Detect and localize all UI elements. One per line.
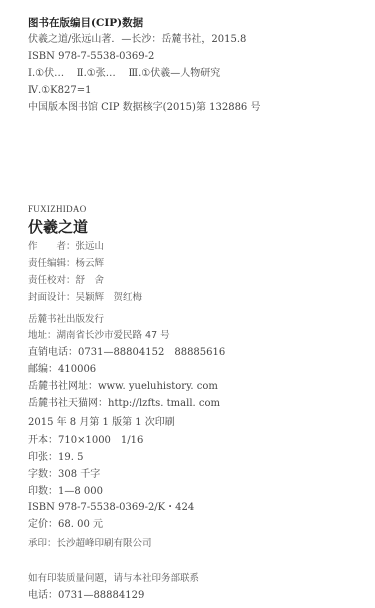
publisher-address: 地址：湖南省长沙市爱民路 47 号: [28, 330, 170, 342]
credit-label: 作 者: [28, 241, 66, 252]
publisher-name: 岳麓书社出版发行: [28, 314, 104, 326]
cip-subjects: Ⅰ.①伏… Ⅱ.①张… Ⅲ.①伏羲—人物研究: [28, 68, 220, 80]
credit-value: 杨云辉: [76, 258, 105, 269]
credit-proofreader: 责任校对：舒 舍: [28, 275, 104, 287]
credit-label: 封面设计: [28, 292, 66, 303]
credit-cover-design: 封面设计：吴颖辉 贺红梅: [28, 292, 142, 304]
printing-run: 印数：1—8 000: [28, 486, 103, 498]
cip-classification: Ⅳ.①K827=1: [28, 85, 91, 97]
publisher-postcode: 邮编：410006: [28, 364, 96, 376]
credit-label: 责任校对: [28, 275, 66, 286]
book-title: 伏羲之道: [28, 218, 88, 236]
printing-sheets: 印张：19. 5: [28, 452, 83, 464]
printing-edition: 2015 年 8 月第 1 版第 1 次印刷: [28, 417, 175, 429]
publisher-phone: 直销电话：0731—88804152 88885616: [28, 347, 225, 359]
printing-printer: 承印：长沙超峰印刷有限公司: [28, 538, 152, 550]
credit-value: 吴颖辉 贺红梅: [76, 292, 143, 303]
cip-record-number: 中国版本图书馆 CIP 数据核字(2015)第 132886 号: [28, 102, 260, 114]
publisher-website: 岳麓书社网址：www. yueluhistory. com: [28, 381, 218, 393]
printing-full-isbn: ISBN 978-7-5538-0369-2/K・424: [28, 502, 194, 514]
cip-heading: 图书在版编目(CIP)数据: [28, 17, 143, 29]
credit-author: 作 者：张远山: [28, 241, 104, 253]
printing-word-count: 字数：308 千字: [28, 469, 100, 481]
notice-quality: 如有印装质量问题，请与本社印务部联系: [28, 573, 199, 585]
credit-label: 责任编辑: [28, 258, 66, 269]
printing-format: 开本：710×1000 1/16: [28, 435, 143, 447]
book-pinyin: FUXIZHIDAO: [28, 203, 87, 215]
cip-isbn: ISBN 978-7-5538-0369-2: [28, 51, 154, 63]
credit-value: 舒 舍: [76, 275, 105, 286]
printing-price: 定价：68. 00 元: [28, 519, 103, 531]
publisher-tmall: 岳麓书社天猫网：http://lzfts. tmall. com: [28, 398, 220, 410]
credit-editor: 责任编辑：杨云辉: [28, 258, 104, 270]
cip-title-line: 伏羲之道/张远山著．—长沙：岳麓书社，2015.8: [28, 34, 246, 46]
credit-value: 张远山: [76, 241, 105, 252]
notice-phone: 电话：0731—88884129: [28, 590, 144, 602]
